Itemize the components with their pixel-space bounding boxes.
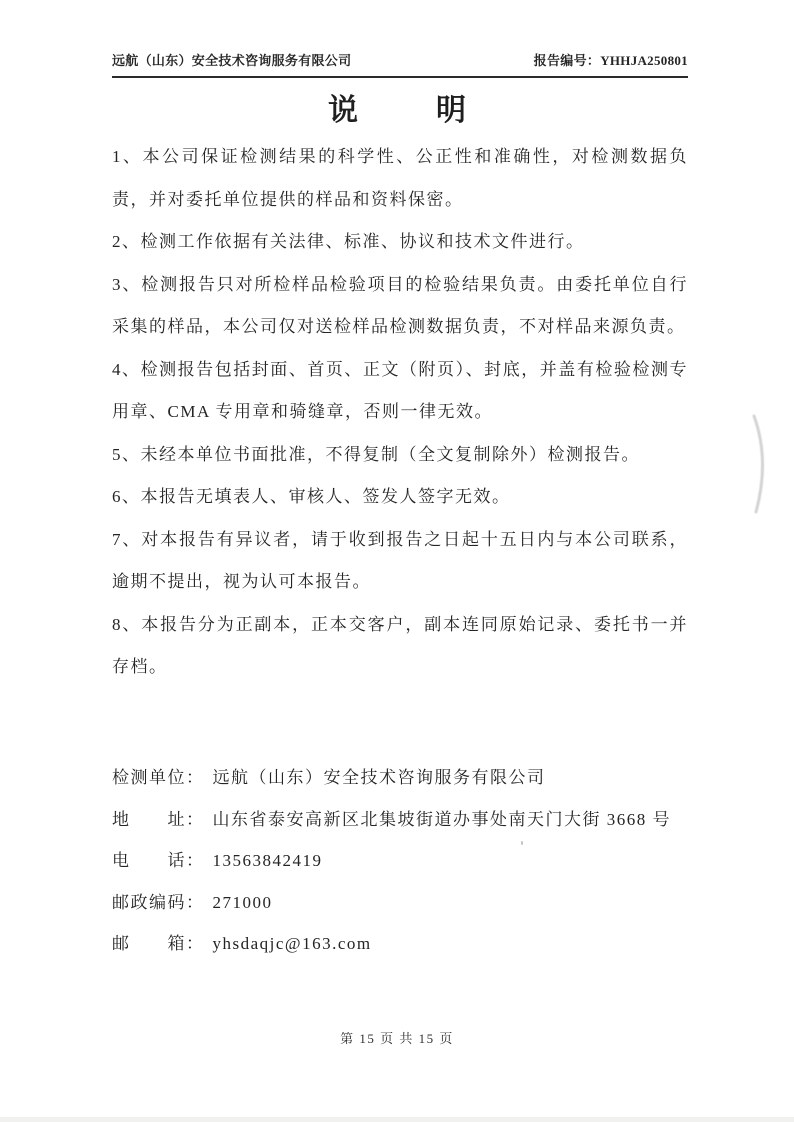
scanned-report-page: { "header": { "company": "远航（山东）安全技术咨询服务…	[0, 0, 794, 1122]
contact-row-postcode: 邮政编码：271000	[112, 882, 712, 924]
note-item-6: 6、本报告无填表人、审核人、签发人签字无效。	[112, 476, 688, 519]
page-header: 远航（山东）安全技术咨询服务有限公司 报告编号：YHHJA250801	[112, 50, 688, 78]
report-number-label: 报告编号：	[534, 53, 601, 68]
contact-row-address: 地 址：山东省泰安高新区北集坡街道办事处南天门大街 3668 号	[112, 799, 712, 841]
note-item-2: 2、检测工作依据有关法律、标准、协议和技术文件进行。	[112, 221, 688, 264]
contact-value-postcode: 271000	[213, 893, 273, 912]
contact-label-postcode: 邮政编码：	[112, 893, 205, 912]
contact-label-phone: 电 话：	[112, 851, 205, 870]
page-number-footer: 第 15 页 共 15 页	[0, 1030, 794, 1048]
notes-section: 1、本公司保证检测结果的科学性、公正性和准确性，对检测数据负责，并对委托单位提供…	[112, 136, 688, 689]
scan-speck-artifact	[521, 841, 523, 845]
note-item-1: 1、本公司保证检测结果的科学性、公正性和准确性，对检测数据负责，并对委托单位提供…	[112, 136, 688, 221]
header-company-name: 远航（山东）安全技术咨询服务有限公司	[112, 50, 351, 69]
contact-label-unit: 检测单位：	[112, 768, 205, 787]
note-item-7: 7、对本报告有异议者，请于收到报告之日起十五日内与本公司联系，逾期不提出，视为认…	[112, 519, 688, 604]
scan-curl-artifact	[744, 412, 784, 516]
note-item-8: 8、本报告分为正副本，正本交客户，副本连同原始记录、委托书一并存档。	[112, 604, 688, 689]
page-title: 说 明	[112, 92, 688, 130]
contact-value-email: yhsdaqjc@163.com	[213, 934, 372, 953]
contact-row-email: 邮 箱：yhsdaqjc@163.com	[112, 923, 712, 965]
contact-label-address: 地 址：	[112, 810, 205, 829]
contact-row-phone: 电 话：13563842419	[112, 840, 712, 882]
note-item-5: 5、未经本单位书面批准，不得复制（全文复制除外）检测报告。	[112, 434, 688, 477]
contact-section: 检测单位：远航（山东）安全技术咨询服务有限公司 地 址：山东省泰安高新区北集坡街…	[112, 757, 712, 965]
document-sheet: 远航（山东）安全技术咨询服务有限公司 报告编号：YHHJA250801 说 明 …	[0, 0, 794, 1122]
contact-value-phone: 13563842419	[213, 851, 323, 870]
report-number-value: YHHJA250801	[600, 53, 688, 68]
header-report-number: 报告编号：YHHJA250801	[534, 50, 688, 69]
contact-value-unit: 远航（山东）安全技术咨询服务有限公司	[213, 768, 546, 787]
contact-row-unit: 检测单位：远航（山东）安全技术咨询服务有限公司	[112, 757, 712, 799]
scan-bottom-edge	[0, 1117, 794, 1122]
contact-value-address: 山东省泰安高新区北集坡街道办事处南天门大街 3668 号	[213, 810, 672, 829]
note-item-3: 3、检测报告只对所检样品检验项目的检验结果负责。由委托单位自行采集的样品，本公司…	[112, 264, 688, 349]
note-item-4: 4、检测报告包括封面、首页、正文（附页）、封底，并盖有检验检测专用章、CMA 专…	[112, 349, 688, 434]
contact-label-email: 邮 箱：	[112, 934, 205, 953]
